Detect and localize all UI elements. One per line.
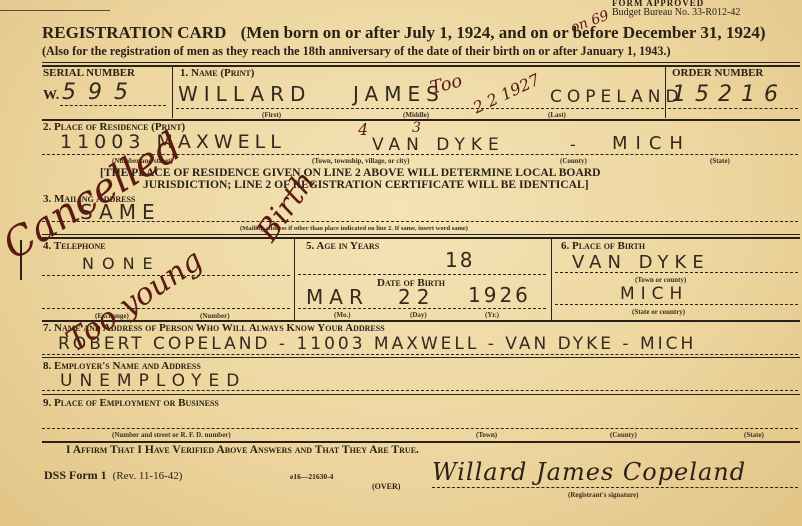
caption-emp-county: (County) <box>610 431 637 439</box>
caption-emp-town: (Town) <box>476 431 497 439</box>
residence-county: - <box>570 135 582 154</box>
over-label: (OVER) <box>372 482 400 491</box>
form-id: DSS Form 1 (Rev. 11-16-42) <box>44 468 182 483</box>
employment-place-label: 9. Place of Employment or Business <box>43 397 219 409</box>
caption-month: (Mo.) <box>334 311 351 319</box>
dob-month: MAR <box>306 285 369 309</box>
annotation-date: 2 2 1927 <box>470 70 543 117</box>
birthplace-state: MICH <box>620 284 688 304</box>
caption-town: (Town, township, village, or city) <box>312 157 409 165</box>
dob-day: 22 <box>398 285 435 309</box>
order-number-value: 15216 <box>672 82 787 107</box>
caption-signature: (Registrant's signature) <box>568 491 638 499</box>
birthplace-label: 6. Place of Birth <box>561 240 645 252</box>
name-first: WILLARD <box>178 82 311 106</box>
budget-bureau: Budget Bureau No. 33-R012-42 <box>612 7 740 18</box>
age-value: 18 <box>445 248 474 272</box>
caption-middle: (Middle) <box>403 111 429 119</box>
employer-value: UNEMPLOYED <box>60 371 246 391</box>
name-last: COPELAND <box>550 87 684 107</box>
annotation-too: Too <box>428 70 465 99</box>
serial-number-label: SERIAL NUMBER <box>43 67 135 79</box>
caption-emp-state: (State) <box>744 431 764 439</box>
serial-prefix: W. <box>43 88 59 104</box>
order-number-label: ORDER NUMBER <box>672 67 763 79</box>
torn-edge <box>0 0 110 11</box>
contact-value: ROBERT COPELAND - 11003 MAXWELL - VAN DY… <box>58 334 696 354</box>
eligibility-note: (Men born on or after July 1, 1924, and … <box>241 23 766 42</box>
caption-county: (County) <box>560 157 587 165</box>
affirmation: I Affirm That I Have Verified Above Answ… <box>66 443 419 456</box>
residence-town: VAN DYKE <box>372 135 505 155</box>
edge-stamp <box>6 240 22 280</box>
card-title: REGISTRATION CARD <box>42 23 226 42</box>
birthplace-town: VAN DYKE <box>572 252 710 273</box>
caption-emp-street: (Number and street or R. F. D. number) <box>112 431 231 439</box>
annotation-num-3: 3 <box>412 120 421 136</box>
print-code: e16—21630-4 <box>290 472 333 481</box>
registrant-signature: Willard James Copeland <box>432 458 746 486</box>
also-note: (Also for the registration of men as the… <box>42 44 671 59</box>
page-title: REGISTRATION CARD (Men born on or after … <box>42 23 766 43</box>
residence-state: MICH <box>612 133 691 154</box>
annotation-num-4: 4 <box>358 120 368 139</box>
caption-year: (Yr.) <box>485 311 499 319</box>
caption-number: (Number) <box>200 312 230 320</box>
age-label: 5. Age in Years <box>306 240 379 252</box>
caption-day: (Day) <box>410 311 427 319</box>
residence-notice-2: JURISDICTION; LINE 2 OF REGISTRATION CER… <box>143 178 589 191</box>
caption-state: (State) <box>710 157 730 165</box>
caption-birth-state: (State or country) <box>632 308 685 316</box>
form-revision: (Rev. 11-16-42) <box>113 470 183 482</box>
dob-year: 1926 <box>468 283 531 307</box>
caption-last: (Last) <box>548 111 566 119</box>
serial-number-value: 595 <box>62 80 140 105</box>
caption-first: (First) <box>262 111 281 119</box>
form-number: DSS Form 1 <box>44 468 107 482</box>
name-label: 1. Name (Print) <box>180 67 254 79</box>
caption-birth-town: (Town or county) <box>635 276 686 284</box>
